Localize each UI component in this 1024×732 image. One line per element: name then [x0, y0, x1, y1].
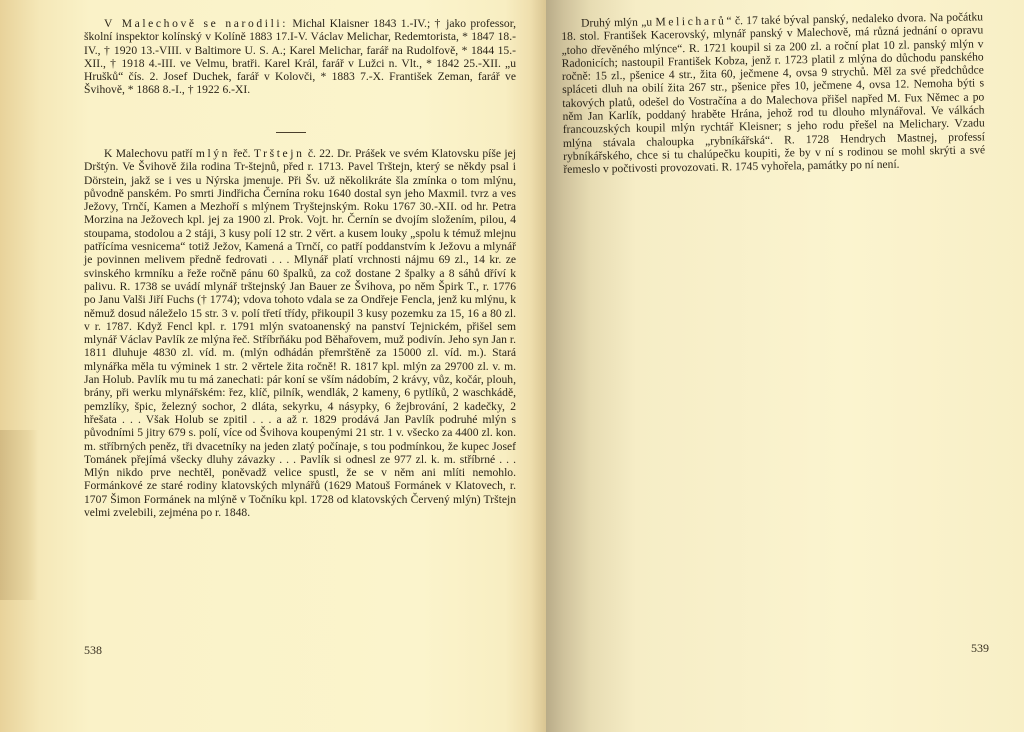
section-divider	[276, 132, 306, 133]
right-page: Druhý mlýn „u Melicharů“ č. 17 také býva…	[546, 0, 1024, 732]
book-spread: V Malechově se narodili: Michal Klaisner…	[0, 0, 1024, 732]
second-mill-spaced: Melicharů	[655, 14, 726, 28]
mill-body: č. 22. Dr. Prášek ve svém Klatovsku píše…	[84, 147, 516, 519]
left-page: V Malechově se narodili: Michal Klaisner…	[0, 0, 546, 732]
page-number-left: 538	[84, 643, 102, 658]
mill-lead: K Malechovu patří	[104, 147, 192, 160]
births-paragraph: V Malechově se narodili: Michal Klaisner…	[84, 17, 516, 97]
births-text: V Malechově se narodili: Michal Klaisner…	[84, 17, 516, 97]
mill-spaced-2: Trštejn	[254, 147, 305, 160]
second-mill-text: Druhý mlýn „u Melicharů“ č. 17 také býva…	[561, 10, 985, 176]
second-mill-paragraph: Druhý mlýn „u Melicharů“ č. 17 také býva…	[561, 10, 985, 176]
mill-trstejn-paragraph: K Malechovu patří mlýn řeč. Trštejn č. 2…	[84, 147, 516, 519]
mill-spaced-1: mlýn	[196, 147, 230, 160]
mill-text: K Malechovu patří mlýn řeč. Trštejn č. 2…	[84, 147, 516, 519]
births-lead: V Malechově se narodili:	[104, 17, 288, 30]
second-mill-body: “ č. 17 také býval panský, nedaleko dvor…	[561, 10, 985, 176]
page-stain	[0, 430, 38, 600]
mill-mid: řeč.	[233, 147, 250, 160]
second-mill-lead: Druhý mlýn „u	[581, 16, 652, 30]
page-number-right: 539	[971, 641, 989, 656]
